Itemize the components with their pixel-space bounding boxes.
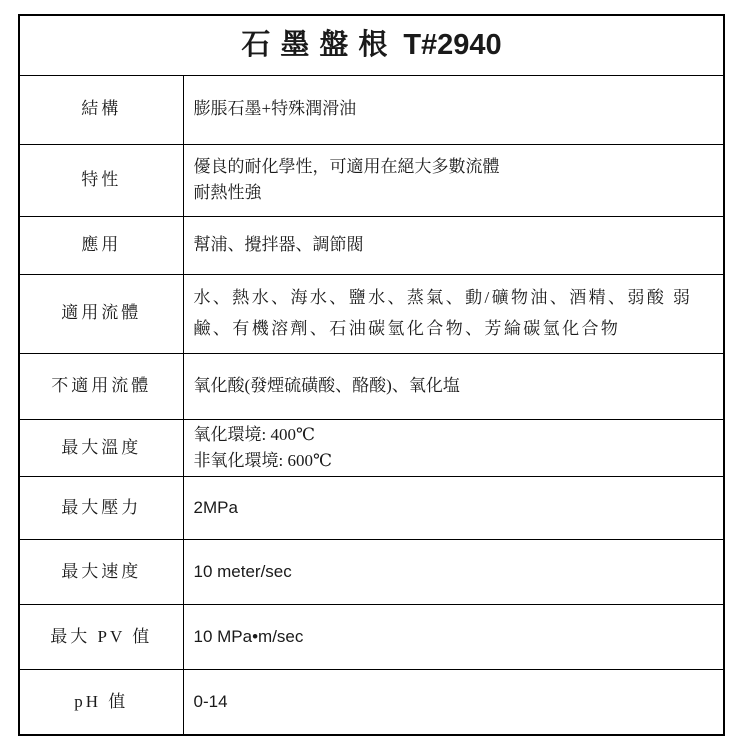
label-applications: 應用 [19,216,183,274]
label-max-speed: 最大速度 [19,540,183,605]
value-suitable-fluids: 水、熱水、海水、鹽水、蒸氣、動/礦物油、酒精、弱酸 弱 鹼、有機溶劑、石油碳氫化… [183,274,724,353]
value-max-speed: 10 meter/sec [183,540,724,605]
row-max-temperature: 最大溫度 氧化環境: 400℃ 非氧化環境: 600℃ [19,419,724,477]
label-structure: 結構 [19,75,183,144]
model-number: T#2940 [403,29,501,61]
product-name: 石墨盤根 [241,29,397,61]
value-ph-range: 0-14 [183,670,724,735]
value-features: 優良的耐化學性，可適用在絕大多數流體 耐熱性強 [183,144,724,216]
row-structure: 結構 膨脹石墨+特殊潤滑油 [19,75,724,144]
row-unsuitable-fluids: 不適用流體 氧化酸(發煙硫磺酸、酪酸)、氧化塩 [19,353,724,419]
spec-sheet-page: 石墨盤根T#2940 結構 膨脹石墨+特殊潤滑油 特性 優良的耐化學性，可適用在… [0,0,739,742]
row-max-pv: 最大 PV 值 10 MPa•m/sec [19,605,724,670]
label-max-pv: 最大 PV 值 [19,605,183,670]
row-max-pressure: 最大壓力 2MPa [19,477,724,540]
label-max-temperature: 最大溫度 [19,419,183,477]
label-suitable-fluids: 適用流體 [19,274,183,353]
value-structure: 膨脹石墨+特殊潤滑油 [183,75,724,144]
title-row: 石墨盤根T#2940 [19,15,724,75]
value-unsuitable-fluids: 氧化酸(發煙硫磺酸、酪酸)、氧化塩 [183,353,724,419]
row-features: 特性 優良的耐化學性，可適用在絕大多數流體 耐熱性強 [19,144,724,216]
value-max-pv: 10 MPa•m/sec [183,605,724,670]
row-max-speed: 最大速度 10 meter/sec [19,540,724,605]
value-max-temperature: 氧化環境: 400℃ 非氧化環境: 600℃ [183,419,724,477]
label-unsuitable-fluids: 不適用流體 [19,353,183,419]
spec-table: 石墨盤根T#2940 結構 膨脹石墨+特殊潤滑油 特性 優良的耐化學性，可適用在… [18,14,725,736]
table-title: 石墨盤根T#2940 [19,15,724,75]
value-max-pressure: 2MPa [183,477,724,540]
value-applications: 幫浦、攪拌器、調節閥 [183,216,724,274]
row-applications: 應用 幫浦、攪拌器、調節閥 [19,216,724,274]
label-ph-range: pH 值 [19,670,183,735]
label-max-pressure: 最大壓力 [19,477,183,540]
row-ph-range: pH 值 0-14 [19,670,724,735]
row-suitable-fluids: 適用流體 水、熱水、海水、鹽水、蒸氣、動/礦物油、酒精、弱酸 弱 鹼、有機溶劑、… [19,274,724,353]
label-features: 特性 [19,144,183,216]
